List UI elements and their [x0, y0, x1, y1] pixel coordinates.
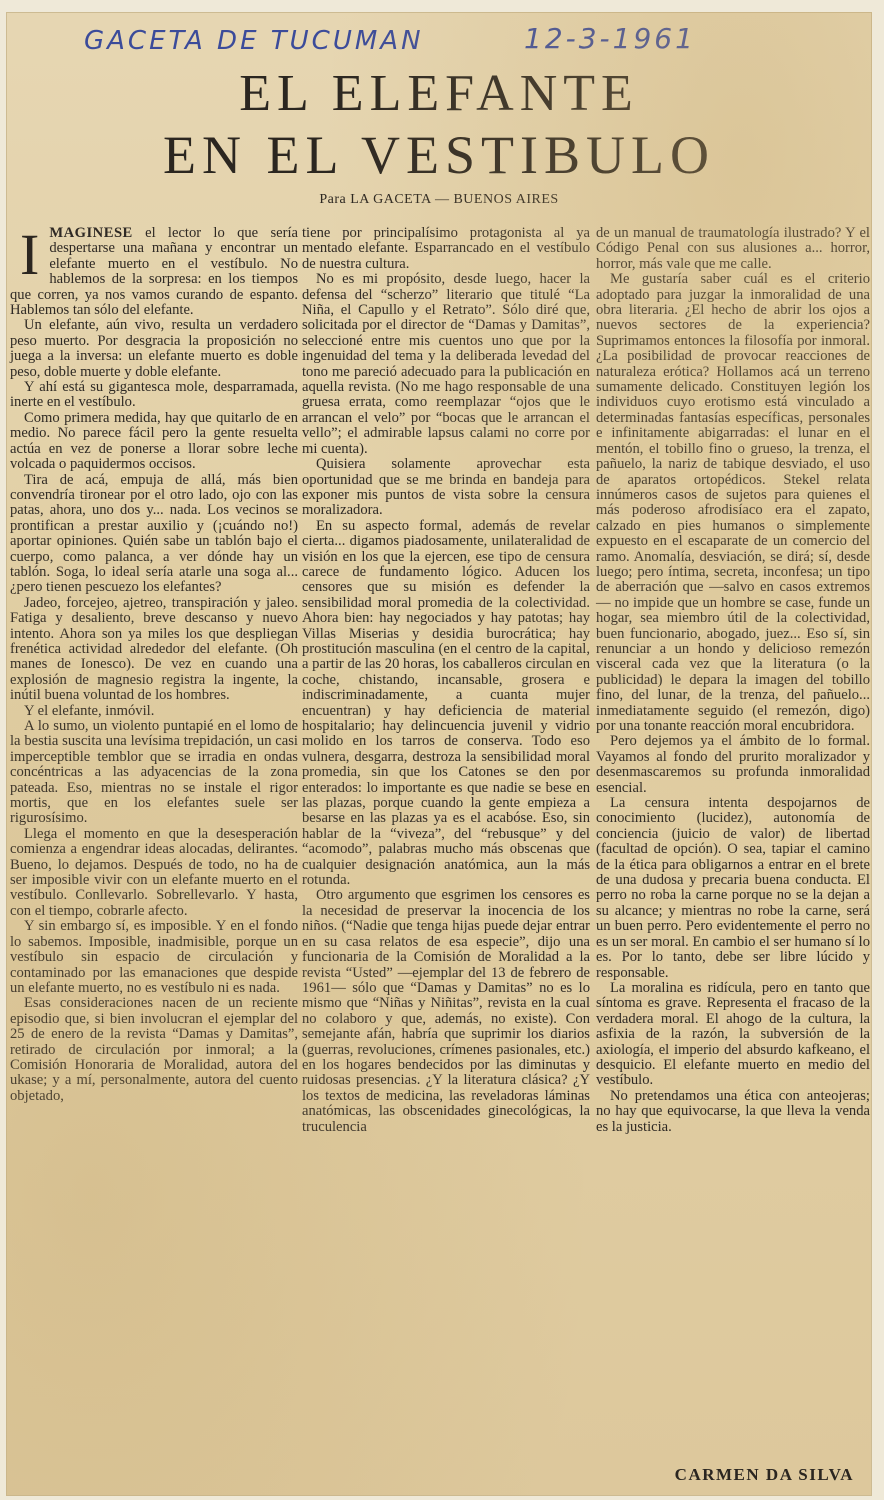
paragraph: Llega el momento en que la desesperación… — [10, 827, 298, 919]
newspaper-clipping: GACETA DE TUCUMAN 12-3-1961 EL ELEFANTE … — [6, 12, 872, 1496]
paragraph: tiene por principalísimo protagonista al… — [302, 226, 590, 272]
column-3: de un manual de traumatología ilustrado?… — [596, 226, 870, 1135]
author-signature: CARMEN DA SILVA — [675, 1465, 854, 1485]
paragraph: Un elefante, aún vivo, resulta un verdad… — [10, 318, 298, 380]
paragraph: Como primera medida, hay que quitarlo de… — [10, 411, 298, 473]
paragraph: Pero dejemos ya el ámbito de lo formal. … — [596, 734, 870, 796]
paragraph: Esas consideraciones nacen de un recient… — [10, 996, 298, 1104]
headline-line-2: EN EL VESTIBULO — [6, 128, 872, 182]
handwritten-source: GACETA DE TUCUMAN — [84, 26, 424, 56]
paragraph: Y el elefante, inmóvil. — [10, 704, 298, 719]
dateline: Para LA GACETA — BUENOS AIRES — [6, 192, 872, 208]
headline-line-1: EL ELEFANTE — [6, 68, 872, 120]
paragraph: Tira de acá, empuja de allá, más bien co… — [10, 473, 298, 596]
paragraph: No es mi propósito, desde luego, hacer l… — [302, 272, 590, 457]
paragraph: La moralina es ridícula, pero en tanto q… — [596, 981, 870, 1089]
drop-cap: I — [20, 232, 39, 278]
paragraph: de un manual de traumatología ilustrado?… — [596, 226, 870, 272]
paragraph: IMAGINESE el lector lo que sería despert… — [10, 226, 298, 318]
lead-word: MAGINESE — [49, 225, 132, 241]
paragraph: Quisiera solamente aprovechar esta oport… — [302, 457, 590, 519]
paragraph: Y ahí está su gigantesca mole, desparram… — [10, 380, 298, 411]
paragraph: Otro argumento que esgrimen los censores… — [302, 888, 590, 1135]
article-body: IMAGINESE el lector lo que sería despert… — [10, 226, 870, 1476]
paragraph: A lo sumo, un violento puntapié en el lo… — [10, 719, 298, 827]
paragraph: La censura intenta despojarnos de conoci… — [596, 796, 870, 981]
paragraph: No pretendamos una ética con anteojeras;… — [596, 1089, 870, 1135]
paragraph: En su aspecto formal, además de revelar … — [302, 519, 590, 889]
paragraph: Jadeo, forcejeo, ajetreo, transpiración … — [10, 596, 298, 704]
paragraph: Me gustaría saber cuál es el criterio ad… — [596, 272, 870, 734]
paragraph: Y sin embargo sí, es imposible. Y en el … — [10, 919, 298, 996]
column-2: tiene por principalísimo protagonista al… — [302, 226, 590, 1135]
handwritten-note: GACETA DE TUCUMAN 12-3-1961 — [84, 26, 424, 56]
column-1: IMAGINESE el lector lo que sería despert… — [10, 226, 298, 1104]
handwritten-date: 12-3-1961 — [524, 22, 696, 55]
